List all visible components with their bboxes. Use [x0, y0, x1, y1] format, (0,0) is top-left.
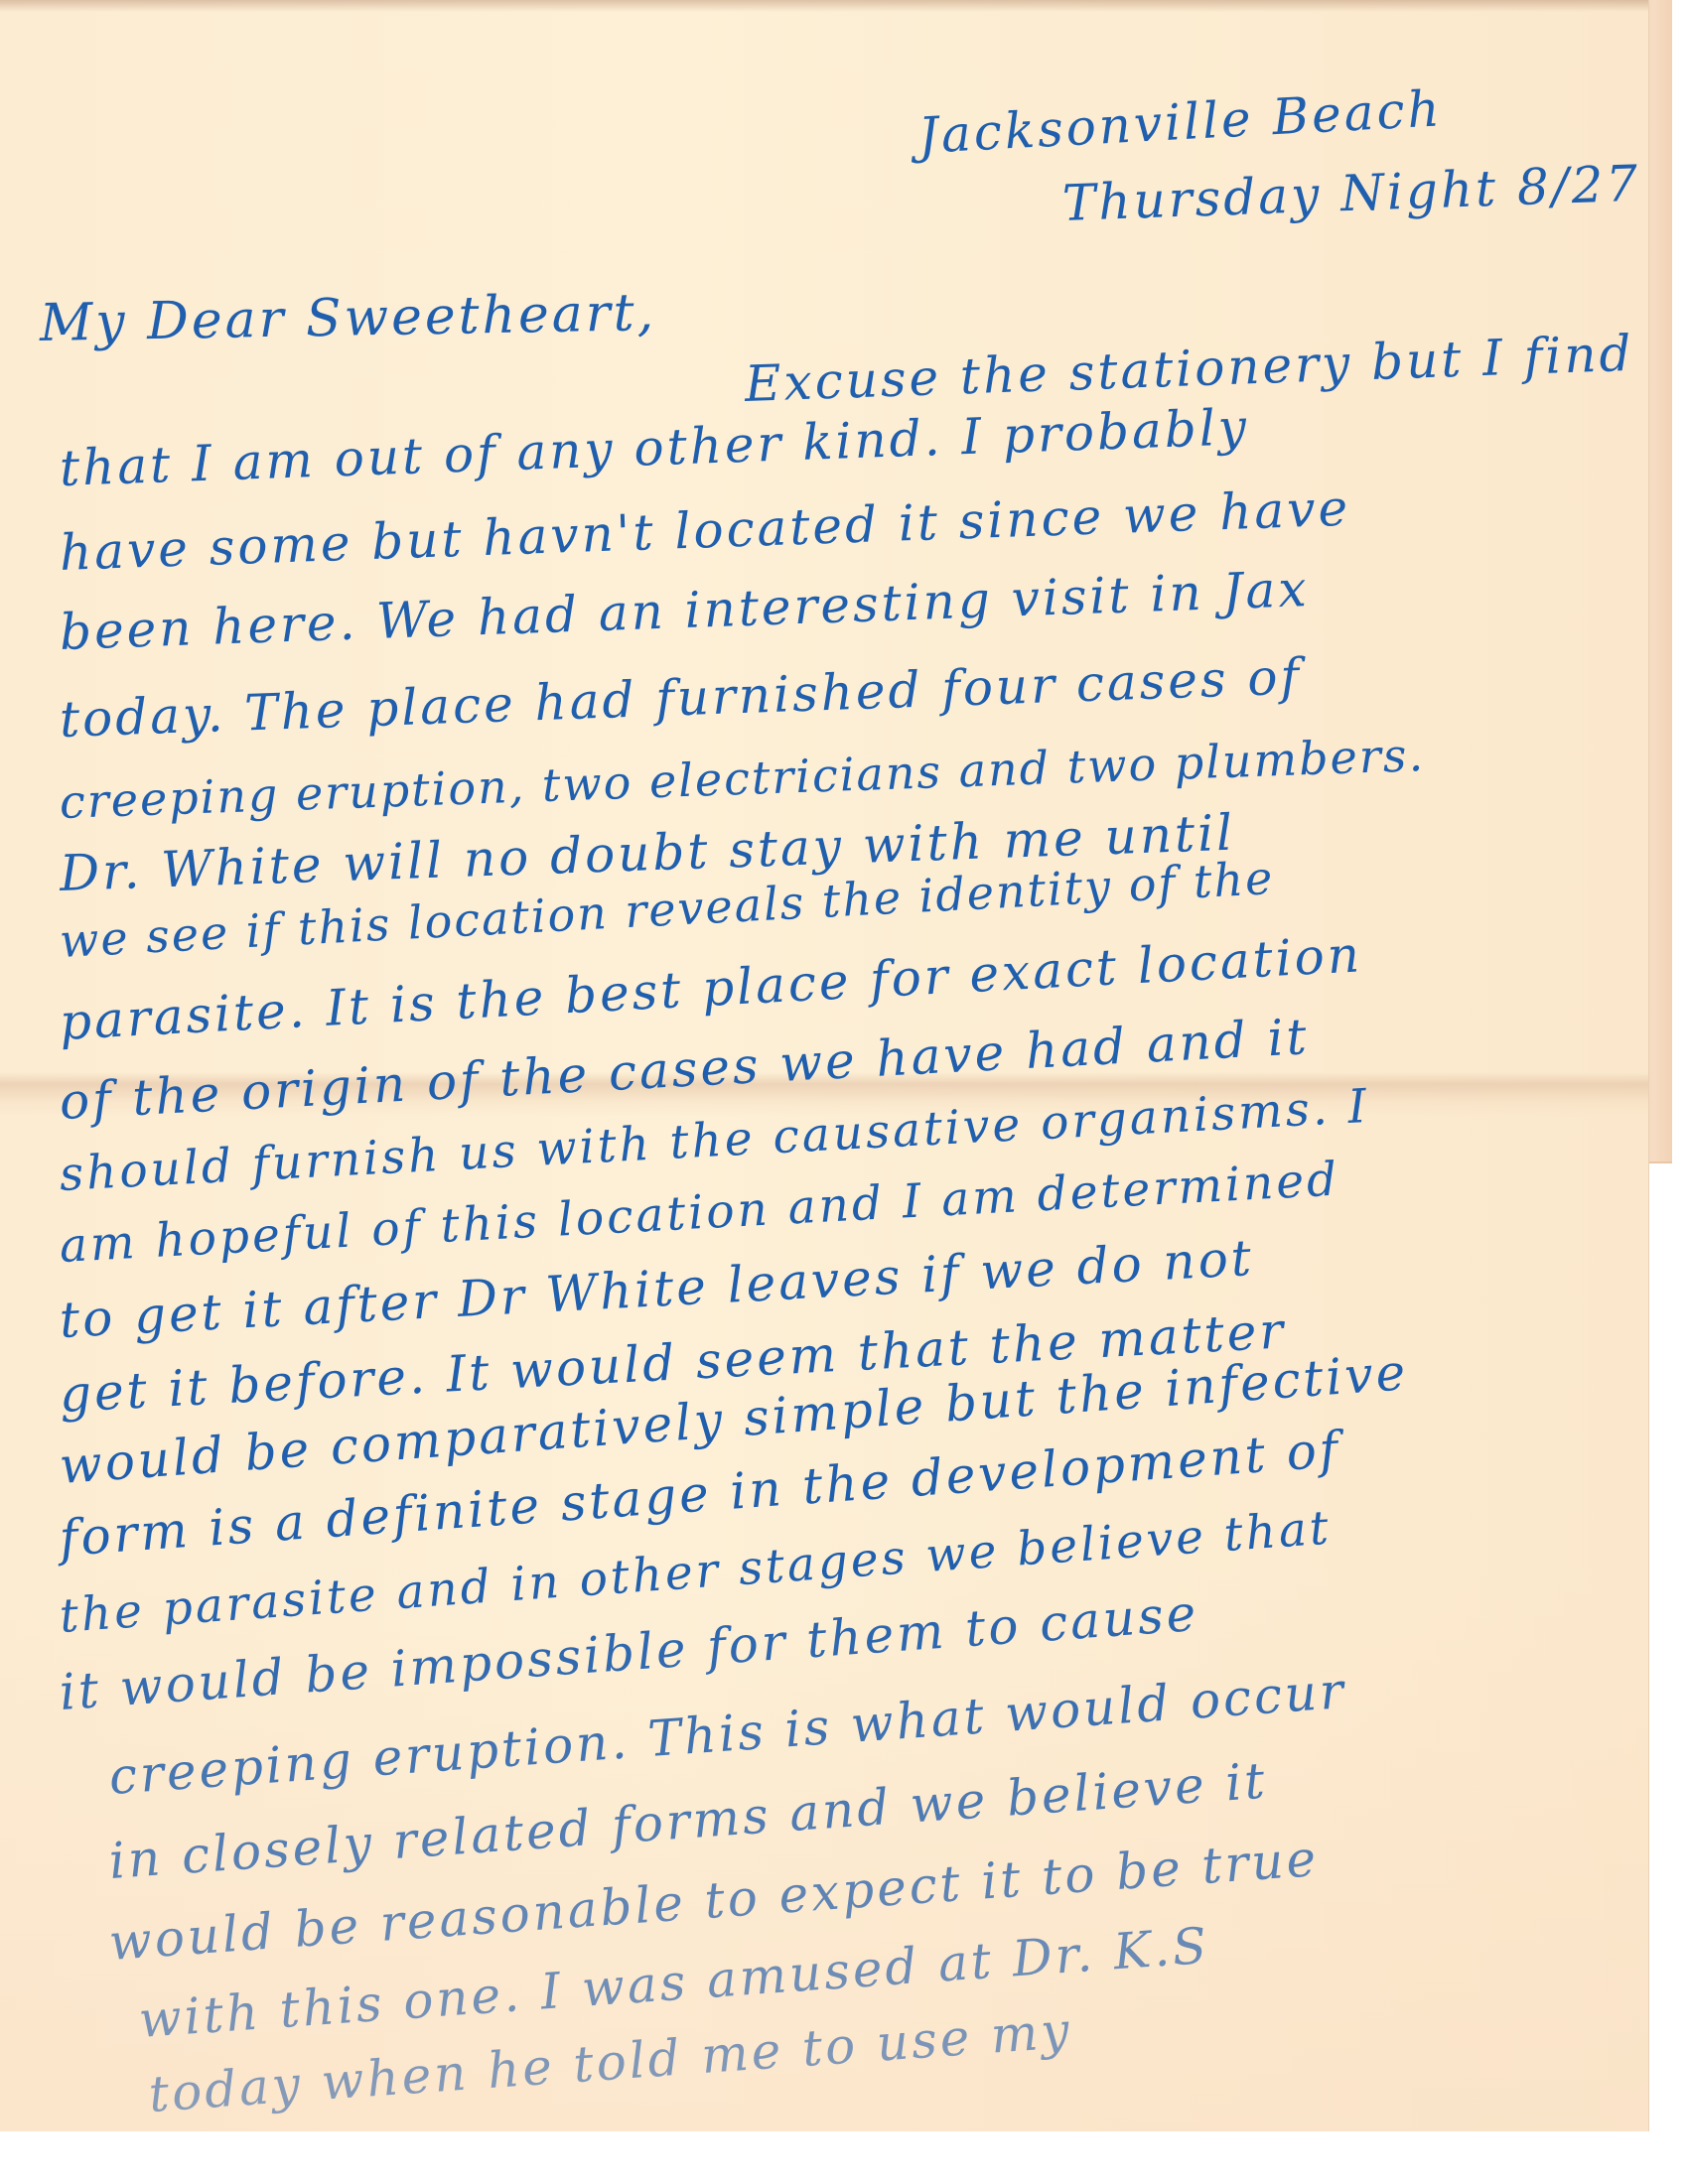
letter-line: been here. We had an interesting visit i… [59, 564, 1310, 657]
letter-place: Jacksonville Beach [917, 83, 1444, 161]
letter-line: Excuse the stationery but I find [744, 329, 1634, 409]
letter-line: today. The place had furnished four case… [59, 651, 1303, 745]
letter-salutation: My Dear Sweetheart, [40, 287, 657, 349]
letter-line: have some but havn't located it since we… [59, 483, 1351, 578]
letter-date: Thursday Night 8/27 [1061, 159, 1641, 228]
letter-line: that I am out of any other kind. I proba… [59, 402, 1250, 493]
letter-page: Jacksonville Beach Thursday Night 8/27 M… [0, 0, 1648, 2131]
